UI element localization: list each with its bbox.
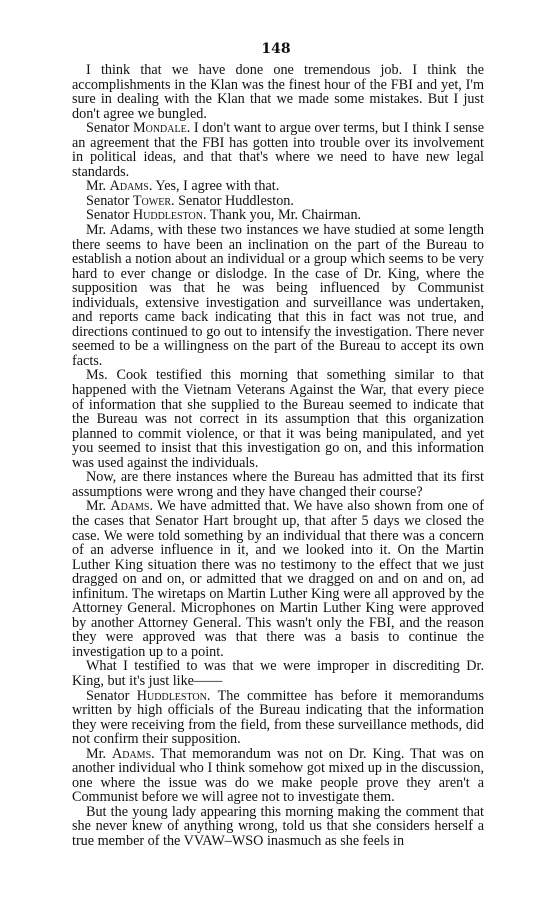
paragraph-text: But the young lady appearing this mornin… [72, 804, 484, 849]
paragraph: Senator Huddleston. Thank you, Mr. Chair… [72, 208, 484, 223]
page-number: 148 [0, 41, 552, 57]
paragraph: Mr. Adams. That memorandum was not on Dr… [72, 747, 484, 805]
paragraph: Senator Huddleston. The committee has be… [72, 689, 484, 747]
paragraph-text: I think that we have done one tremendous… [72, 62, 484, 122]
paragraph: Mr. Adams. We have admitted that. We hav… [72, 499, 484, 659]
paragraph: Mr. Adams, with these two instances we h… [72, 223, 484, 368]
paragraph: Now, are there instances where the Burea… [72, 470, 484, 499]
page-body: I think that we have done one tremendous… [72, 63, 484, 849]
paragraph-text: Mr. Adams, with these two instances we h… [72, 222, 484, 369]
paragraph: Ms. Cook testified this morning that som… [72, 368, 484, 470]
paragraph-text: Ms. Cook testified this morning that som… [72, 367, 484, 470]
paragraph: I think that we have done one tremendous… [72, 63, 484, 121]
paragraph-text: Now, are there instances where the Burea… [72, 469, 484, 500]
paragraph-text: . We have admitted that. We have also sh… [72, 498, 484, 659]
paragraph: Senator Tower. Senator Huddleston. [72, 194, 484, 209]
paragraph: Senator Mondale. I don't want to argue o… [72, 121, 484, 179]
paragraph: But the young lady appearing this mornin… [72, 805, 484, 849]
paragraph: What I testified to was that we were imp… [72, 659, 484, 688]
paragraph: Mr. Adams. Yes, I agree with that. [72, 179, 484, 194]
paragraph-text: What I testified to was that we were imp… [72, 658, 484, 689]
document-page: 148 I think that we have done one tremen… [0, 0, 552, 901]
